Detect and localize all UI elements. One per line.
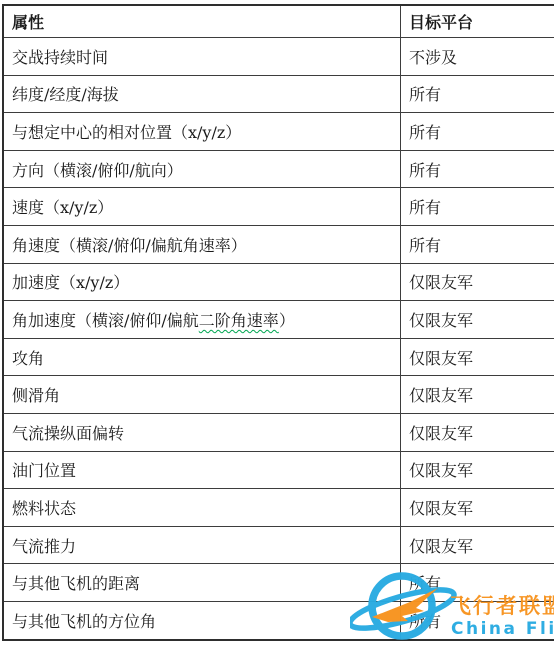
- platform-cell: 所有: [401, 225, 554, 263]
- table-body: 交战持续时间不涉及纬度/经度/海拔所有与想定中心的相对位置（x/y/z）所有方向…: [3, 38, 554, 640]
- platform-cell: 所有: [401, 113, 554, 151]
- header-attribute: 属性: [3, 5, 401, 38]
- platform-cell: 不涉及: [401, 38, 554, 76]
- table-row: 交战持续时间不涉及: [3, 38, 554, 76]
- attribute-cell: 角速度（横滚/俯仰/偏航角速率）: [3, 225, 401, 263]
- attribute-cell: 燃料状态: [3, 489, 401, 527]
- attribute-cell: 加速度（x/y/z）: [3, 263, 401, 301]
- attributes-table: 属性 目标平台 交战持续时间不涉及纬度/经度/海拔所有与想定中心的相对位置（x/…: [2, 4, 554, 641]
- attribute-cell: 攻角: [3, 338, 401, 376]
- header-target-platform: 目标平台: [401, 5, 554, 38]
- attribute-cell: 气流操纵面偏转: [3, 413, 401, 451]
- attribute-cell: 角加速度（横滚/俯仰/偏航二阶角速率）: [3, 301, 401, 339]
- platform-cell: 仅限友军: [401, 338, 554, 376]
- table-row: 燃料状态仅限友军: [3, 489, 554, 527]
- platform-cell: 仅限友军: [401, 451, 554, 489]
- table-row: 纬度/经度/海拔所有: [3, 75, 554, 113]
- platform-cell: 所有: [401, 150, 554, 188]
- attribute-cell: 与其他飞机的距离: [3, 564, 401, 602]
- platform-cell: 所有: [401, 188, 554, 226]
- platform-cell: 仅限友军: [401, 301, 554, 339]
- table-row: 速度（x/y/z）所有: [3, 188, 554, 226]
- attribute-cell: 方向（横滚/俯仰/航向）: [3, 150, 401, 188]
- grammar-check-underline: 二阶角速率: [199, 311, 279, 330]
- attribute-cell: 纬度/经度/海拔: [3, 75, 401, 113]
- document-page: 属性 目标平台 交战持续时间不涉及纬度/经度/海拔所有与想定中心的相对位置（x/…: [0, 0, 554, 646]
- table-row: 与想定中心的相对位置（x/y/z）所有: [3, 113, 554, 151]
- platform-cell: 仅限友军: [401, 489, 554, 527]
- attribute-cell: 气流推力: [3, 526, 401, 564]
- platform-cell: 仅限友军: [401, 263, 554, 301]
- platform-cell: 仅限友军: [401, 413, 554, 451]
- table-row: 油门位置仅限友军: [3, 451, 554, 489]
- attribute-cell: 与其他飞机的方位角: [3, 601, 401, 639]
- attribute-cell: 速度（x/y/z）: [3, 188, 401, 226]
- table-header: 属性 目标平台: [3, 5, 554, 38]
- platform-cell: 仅限友军: [401, 376, 554, 414]
- table-row: 侧滑角仅限友军: [3, 376, 554, 414]
- table-row: 方向（横滚/俯仰/航向）所有: [3, 150, 554, 188]
- attribute-cell: 与想定中心的相对位置（x/y/z）: [3, 113, 401, 151]
- table-row: 与其他飞机的距离所有: [3, 564, 554, 602]
- table-row: 加速度（x/y/z）仅限友军: [3, 263, 554, 301]
- table-row: 与其他飞机的方位角所有: [3, 601, 554, 639]
- header-row: 属性 目标平台: [3, 5, 554, 38]
- table-row: 气流操纵面偏转仅限友军: [3, 413, 554, 451]
- attribute-cell: 油门位置: [3, 451, 401, 489]
- table-row: 气流推力仅限友军: [3, 526, 554, 564]
- table-row: 角速度（横滚/俯仰/偏航角速率）所有: [3, 225, 554, 263]
- table-row: 角加速度（横滚/俯仰/偏航二阶角速率）仅限友军: [3, 301, 554, 339]
- platform-cell: 仅限友军: [401, 526, 554, 564]
- attribute-cell: 侧滑角: [3, 376, 401, 414]
- platform-cell: 所有: [401, 75, 554, 113]
- attribute-cell: 交战持续时间: [3, 38, 401, 76]
- table-row: 攻角仅限友军: [3, 338, 554, 376]
- platform-cell: 所有: [401, 564, 554, 602]
- platform-cell: 所有: [401, 601, 554, 639]
